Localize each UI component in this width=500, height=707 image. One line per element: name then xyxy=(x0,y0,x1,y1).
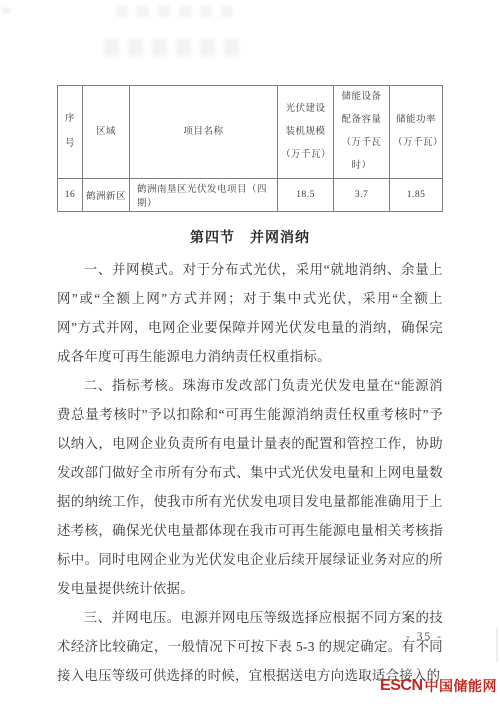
escn-logo-latin-text: ESCN xyxy=(380,677,422,695)
header-cell-storage-capacity: 储能设备配备容量（万千瓦时） xyxy=(334,86,390,179)
body-paragraph-1: 一、并网模式。对于分布式光伏，采用“就地消纳、余量上网”或“全额上网”方式并网；… xyxy=(57,255,443,371)
header-cell-no: 序号 xyxy=(58,86,83,179)
section-title: 第四节 并网消纳 xyxy=(57,227,443,247)
header-cell-region: 区域 xyxy=(83,86,130,179)
cell-project: 鹤洲南垦区光伏发电项目（四期） xyxy=(130,179,278,212)
cell-region: 鹤洲新区 xyxy=(83,179,130,212)
cell-storage-power: 1.85 xyxy=(390,179,443,212)
scan-edge-artifact xyxy=(496,628,498,662)
table-header-row: 序号 区域 项目名称 光伏建设装机规模（万千瓦） 储能设备配备容量（万千瓦时） … xyxy=(58,86,443,179)
project-table: 序号 区域 项目名称 光伏建设装机规模（万千瓦） 储能设备配备容量（万千瓦时） … xyxy=(57,85,443,212)
cell-pv-capacity: 18.5 xyxy=(278,179,334,212)
page-content: 序号 区域 项目名称 光伏建设装机规模（万千瓦） 储能设备配备容量（万千瓦时） … xyxy=(57,85,443,690)
body-paragraph-2: 二、指标考核。珠海市发改部门负责光伏发电量在“能源消费总量考核时”予以扣除和“可… xyxy=(57,371,443,603)
escn-logo: ESCN 中国储能网 xyxy=(380,676,497,696)
scan-speck xyxy=(2,8,10,14)
escn-logo-chinese-text: 中国储能网 xyxy=(425,676,498,696)
scan-bleed-artifact xyxy=(104,39,248,56)
table-row: 16 鹤洲新区 鹤洲南垦区光伏发电项目（四期） 18.5 3.7 1.85 xyxy=(58,179,443,212)
cell-storage-capacity: 3.7 xyxy=(334,179,390,212)
page-number: - 35 - xyxy=(57,631,443,643)
header-cell-project: 项目名称 xyxy=(130,86,278,179)
scan-bleed-artifact xyxy=(116,6,236,17)
body-text: 一、并网模式。对于分布式光伏，采用“就地消纳、余量上网”或“全额上网”方式并网；… xyxy=(57,255,443,690)
header-cell-pv-capacity: 光伏建设装机规模（万千瓦） xyxy=(278,86,334,179)
header-cell-storage-power: 储能功率（万千瓦） xyxy=(390,86,443,179)
document-page: 序号 区域 项目名称 光伏建设装机规模（万千瓦） 储能设备配备容量（万千瓦时） … xyxy=(0,0,500,707)
cell-no: 16 xyxy=(58,179,83,212)
